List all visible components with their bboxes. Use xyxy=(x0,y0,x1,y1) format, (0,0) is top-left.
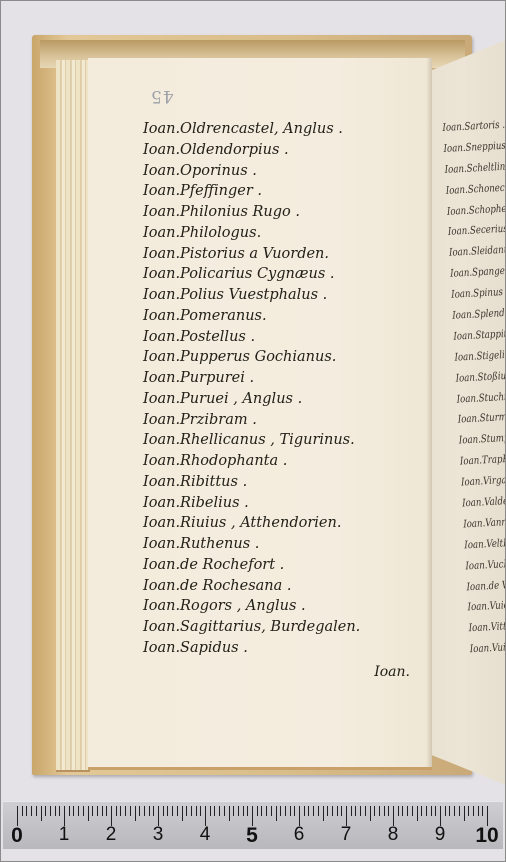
ruler-labels: 0 1 2 3 4 5 6 7 8 9 10 xyxy=(3,824,503,848)
list-item: Ioan.Pistorius a Vuorden. xyxy=(143,244,360,265)
list-item: Ioan.Sartoris . xyxy=(442,113,506,139)
list-item: Ioan.Pomeranus. xyxy=(143,306,360,327)
list-item: Ioan.Policarius Cygnæus . xyxy=(143,264,360,285)
ruler-label: 5 xyxy=(246,824,258,848)
list-item: Ioan.Stuchi. xyxy=(456,384,506,410)
ruler-tick xyxy=(88,806,89,821)
list-item: Ioan.Rhodophanta . xyxy=(143,451,360,472)
ruler-tick xyxy=(135,806,136,821)
list-item: Ioan.VucK. xyxy=(465,551,506,577)
ruler-tick xyxy=(116,806,117,816)
ruler-tick xyxy=(210,806,211,816)
ruler-tick xyxy=(139,806,140,816)
ruler-tick xyxy=(365,806,366,816)
ruler-tick xyxy=(191,806,192,816)
scale-ruler: 0 1 2 3 4 5 6 7 8 9 10 xyxy=(3,801,503,849)
ruler-label: 0 xyxy=(11,824,23,848)
page-edges xyxy=(56,60,90,772)
ruler-tick xyxy=(130,806,131,816)
list-item: Ioan.Sleidanus . xyxy=(449,238,506,264)
ruler-tick xyxy=(233,806,234,816)
ruler-tick xyxy=(327,806,328,816)
ruler-tick xyxy=(384,806,385,816)
list-item: Ioan.Ruthenus . xyxy=(143,534,360,555)
list-item: Ioan.Virgandus . xyxy=(461,468,506,494)
ruler-tick xyxy=(45,806,46,816)
ruler-tick xyxy=(351,806,352,816)
list-item: Ioan.Spangembergi xyxy=(450,259,506,285)
ruler-tick xyxy=(59,806,60,816)
list-item: Ioan.Scheltling . xyxy=(444,155,506,181)
ruler-tick xyxy=(468,806,469,816)
ruler-tick xyxy=(163,806,164,816)
ruler-tick xyxy=(271,806,272,816)
list-item: Ioan.Valdesius . xyxy=(462,489,506,515)
list-item: Ioan.Sneppius . xyxy=(443,134,506,160)
list-item: Ioan.Postellus . xyxy=(143,327,360,348)
list-item: Ioan.Philologus. xyxy=(143,223,360,244)
list-item: Ioan.Rhellicanus , Tigurinus. xyxy=(143,430,360,451)
catchword: Ioan. xyxy=(374,664,410,680)
list-item: Ioan.Oldendorpius . xyxy=(143,140,360,161)
ruler-tick xyxy=(120,806,121,816)
ruler-tick xyxy=(36,806,37,816)
ruler-tick xyxy=(172,806,173,816)
list-item: Ioan.Rogors , Anglus . xyxy=(143,596,360,617)
ruler-tick xyxy=(421,806,422,816)
ruler-tick xyxy=(374,806,375,816)
ruler-tick xyxy=(407,806,408,816)
list-item: Ioan.Schopher . xyxy=(446,197,506,223)
list-item: Ioan.TrapKo . xyxy=(459,447,506,473)
ruler-tick xyxy=(266,806,267,816)
list-item: Ioan.Spinus . xyxy=(451,280,506,306)
list-item: Ioan.Sturmius . xyxy=(457,405,506,431)
list-item: Ioan.Polius Vuestphalus . xyxy=(143,285,360,306)
ruler-tick xyxy=(355,806,356,816)
ruler-tick xyxy=(360,806,361,816)
ruler-tick xyxy=(214,806,215,816)
ruler-tick xyxy=(402,806,403,816)
ruler-tick xyxy=(17,806,18,826)
ruler-tick xyxy=(323,806,324,821)
ruler-tick xyxy=(177,806,178,816)
ruler-tick xyxy=(69,806,70,816)
list-item: Ioan.Pfeffinger . xyxy=(143,181,360,202)
ruler-tick xyxy=(379,806,380,816)
list-item: Ioan.Oporinus . xyxy=(143,161,360,182)
list-item: Ioan.Purpurei . xyxy=(143,368,360,389)
ruler-tick xyxy=(459,806,460,816)
list-item: Ioan.de Rochesana . xyxy=(143,576,360,597)
ruler-tick xyxy=(149,806,150,816)
ruler-tick xyxy=(304,806,305,816)
list-item: Ioan.Pupperus Gochianus. xyxy=(143,347,360,368)
ruler-tick xyxy=(111,806,112,826)
list-item: Ioan.Secerius . xyxy=(447,218,506,244)
ruler-tick xyxy=(261,806,262,816)
ruler-tick xyxy=(313,806,314,816)
ruler-tick xyxy=(205,806,206,826)
ruler-tick xyxy=(158,806,159,826)
list-item: Ioan.Puruei , Anglus . xyxy=(143,389,360,410)
ruler-tick xyxy=(106,806,107,816)
ruler-tick xyxy=(97,806,98,816)
ruler-tick xyxy=(276,806,277,821)
ruler-tick xyxy=(337,806,338,816)
ruler-tick xyxy=(478,806,479,816)
ruler-tick xyxy=(186,806,187,816)
list-item: Ioan.Riuius , Atthendorien. xyxy=(143,513,360,534)
ruler-tick xyxy=(55,806,56,816)
ruler-tick xyxy=(412,806,413,816)
ruler-label: 6 xyxy=(294,824,305,846)
ruler-label: 3 xyxy=(153,824,164,846)
list-item: Ioan.Sagittarius, Burdegalen. xyxy=(143,617,360,638)
ruler-tick xyxy=(243,806,244,816)
verso-page: 45 Ioan.Oldrencastel, Anglus . Ioan.Olde… xyxy=(88,58,432,770)
list-item: Ioan.Oldrencastel, Anglus . xyxy=(143,119,360,140)
ruler-tick xyxy=(290,806,291,816)
ruler-tick xyxy=(299,806,300,826)
ruler-tick xyxy=(224,806,225,816)
ruler-tick xyxy=(294,806,295,816)
ruler-tick xyxy=(332,806,333,816)
list-item: Ioan.Vuielephus . xyxy=(467,593,506,619)
facing-name-list: Ioan.Sartoris . Ioan.Sneppius . Ioan.Sch… xyxy=(442,112,506,660)
ruler-tick xyxy=(50,806,51,816)
ruler-tick xyxy=(445,806,446,816)
ruler-label: 2 xyxy=(106,824,117,846)
ruler-label: 7 xyxy=(341,824,352,846)
ruler-tick xyxy=(64,806,65,826)
list-item: Ioan.Przibram . xyxy=(143,410,360,431)
ruler-tick xyxy=(440,806,441,826)
list-item: Ioan.Stoßius. xyxy=(455,364,506,390)
ruler-tick xyxy=(398,806,399,816)
list-item: Ioan.Ribelius . xyxy=(143,493,360,514)
ruler-tick xyxy=(167,806,168,816)
ruler-tick xyxy=(26,806,27,816)
ruler-tick xyxy=(318,806,319,816)
ruler-tick xyxy=(482,806,483,816)
ruler-tick xyxy=(196,806,197,816)
ruler-label: 9 xyxy=(435,824,446,846)
list-item: Ioan.Philonius Rugo . xyxy=(143,202,360,223)
ruler-tick xyxy=(370,806,371,821)
list-item: Ioan.Stigelius,uel Sti xyxy=(454,343,506,369)
ruler-label: 1 xyxy=(59,824,70,846)
ruler-tick xyxy=(144,806,145,816)
ruler-tick xyxy=(346,806,347,826)
ruler-tick xyxy=(417,806,418,821)
ruler-tick xyxy=(182,806,183,821)
list-item: Ioan.Schonecrus, C xyxy=(445,176,506,202)
ruler-tick xyxy=(125,806,126,816)
ruler-tick xyxy=(473,806,474,816)
list-item: Ioan.Splendianus . xyxy=(452,301,506,327)
ruler-tick xyxy=(487,806,488,826)
ruler-tick xyxy=(449,806,450,816)
ruler-label: 10 xyxy=(475,824,498,848)
ruler-tick xyxy=(435,806,436,816)
ruler-tick xyxy=(92,806,93,816)
list-item: Ioan.Stumpf. xyxy=(458,426,506,452)
list-item: Ioan.Vittlingius,qui xyxy=(468,614,506,640)
ruler-tick xyxy=(464,806,465,821)
list-item: Ioan.de Rochefort . xyxy=(143,555,360,576)
ruler-tick xyxy=(31,806,32,816)
ruler-tick xyxy=(388,806,389,816)
ruler-tick xyxy=(285,806,286,816)
ruler-tick xyxy=(454,806,455,816)
page-number: 45 xyxy=(150,86,174,106)
ruler-tick xyxy=(238,806,239,816)
ruler-label: 8 xyxy=(388,824,399,846)
name-list: Ioan.Oldrencastel, Anglus . Ioan.Oldendo… xyxy=(143,119,360,659)
list-item: Ioan.Vuilebrochius D xyxy=(469,635,506,661)
ruler-tick xyxy=(22,806,23,816)
ruler-tick xyxy=(393,806,394,826)
list-item: Ioan.Stappitius . xyxy=(453,322,506,348)
ruler-tick xyxy=(83,806,84,816)
ruler-label: 4 xyxy=(200,824,211,846)
ruler-tick xyxy=(431,806,432,816)
recto-page: Ioan.Sartoris . Ioan.Sneppius . Ioan.Sch… xyxy=(432,40,506,785)
list-item: Ioan.de Vuesfalia . xyxy=(466,572,506,598)
list-item: Ioan.Vannius . xyxy=(463,510,506,536)
ruler-tick xyxy=(280,806,281,816)
ruler-tick xyxy=(78,806,79,816)
list-item: Ioan.Ribittus . xyxy=(143,472,360,493)
ruler-tick xyxy=(247,806,248,816)
ruler-tick xyxy=(219,806,220,816)
ruler-tick xyxy=(102,806,103,816)
list-item: Ioan.Sapidus . xyxy=(143,638,360,659)
ruler-tick xyxy=(257,806,258,816)
ruler-tick xyxy=(308,806,309,816)
ruler-tick xyxy=(229,806,230,821)
ruler-tick xyxy=(252,806,253,826)
list-item: Ioan.VeltKirchius,siu xyxy=(464,530,506,556)
ruler-tick xyxy=(153,806,154,816)
ruler-tick xyxy=(41,806,42,821)
ruler-tick xyxy=(73,806,74,816)
ruler-tick xyxy=(200,806,201,816)
ruler-tick xyxy=(426,806,427,816)
ruler-tick xyxy=(341,806,342,816)
